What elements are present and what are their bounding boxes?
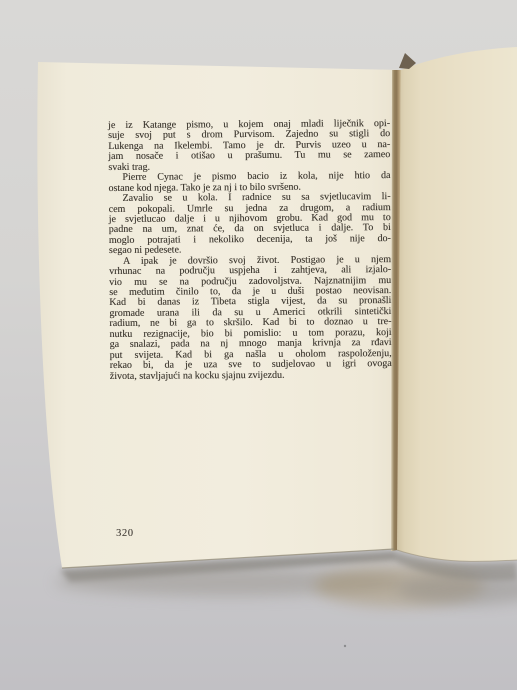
book-page-right [397, 47, 517, 561]
page-number: 320 [116, 528, 134, 539]
text-line: jam nosače i otišao u prašumu. Tu mu se … [108, 150, 390, 162]
book-photo-scene: je iz Katange pismo, u kojem onaj mladi … [0, 0, 517, 690]
page-text: je iz Katange pismo, u kojem onaj mladi … [108, 119, 392, 382]
text-line: života, stavljajući na kocku sjajnu zvij… [110, 370, 392, 382]
dust-speck [344, 645, 346, 647]
